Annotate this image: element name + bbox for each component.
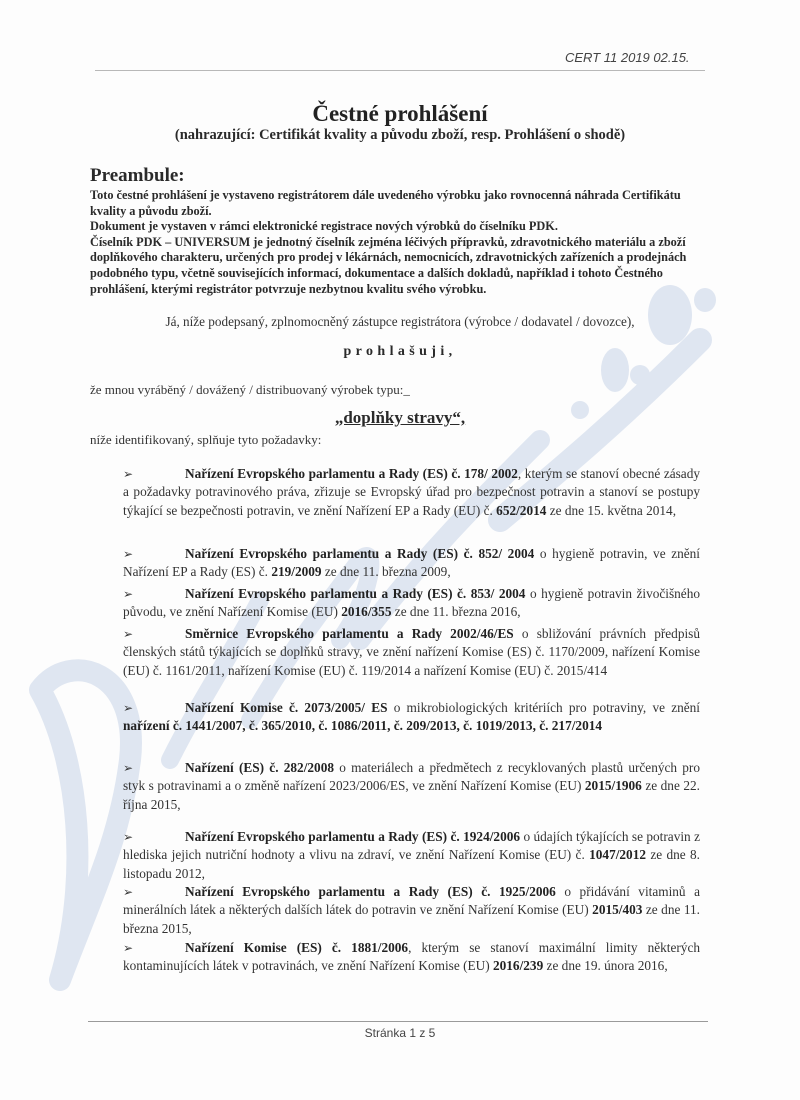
preamble-heading: Preambule:: [90, 165, 185, 187]
requirement-item: ➢Nařízení Evropského parlamentu a Rady (…: [123, 545, 700, 582]
document-title: Čestné prohlášení: [0, 101, 800, 127]
product-type: „doplňky stravy“,: [0, 408, 800, 428]
document-subtitle: (nahrazující: Certifikát kvality a původ…: [0, 127, 800, 144]
regulation-reference: Směrnice Evropského parlamentu a Rady 20…: [185, 626, 514, 641]
requirement-text: ze dne 11. března 2009,: [322, 564, 451, 579]
arrowhead-bullet-icon: ➢: [123, 585, 185, 603]
declare-word: prohlašuji,: [0, 344, 800, 360]
requirement-item: ➢Směrnice Evropského parlamentu a Rady 2…: [123, 625, 700, 680]
footer-divider: [88, 1021, 708, 1022]
arrowhead-bullet-icon: ➢: [123, 883, 185, 901]
regulation-reference: 652/2014: [496, 503, 546, 518]
page-number: Stránka 1 z 5: [0, 1026, 800, 1040]
regulation-reference: 219/2009: [271, 564, 321, 579]
arrowhead-bullet-icon: ➢: [123, 939, 185, 957]
arrowhead-bullet-icon: ➢: [123, 828, 185, 846]
regulation-reference: 2016/239: [493, 958, 543, 973]
regulation-reference: 2015/1906: [585, 778, 642, 793]
arrowhead-bullet-icon: ➢: [123, 699, 185, 717]
preamble-paragraph: Toto čestné prohlášení je vystaveno regi…: [90, 188, 715, 219]
requirement-item: ➢Nařízení Evropského parlamentu a Rady (…: [123, 465, 700, 520]
regulation-reference: Nařízení Evropského parlamentu a Rady (E…: [185, 466, 518, 481]
arrowhead-bullet-icon: ➢: [123, 625, 185, 643]
regulation-reference: Nařízení (ES) č. 282/2008: [185, 760, 334, 775]
regulation-reference: 1047/2012: [589, 847, 646, 862]
preamble-text: Toto čestné prohlášení je vystaveno regi…: [90, 188, 715, 297]
regulation-reference: Nařízení Evropského parlamentu a Rady (E…: [185, 884, 556, 899]
regulation-reference: Nařízení Komise (ES) č. 1881/2006: [185, 940, 408, 955]
arrowhead-bullet-icon: ➢: [123, 545, 185, 563]
declarant-statement: Já, níže podepsaný, zplnomocněný zástupc…: [0, 314, 800, 330]
header-divider: [95, 70, 705, 71]
product-line: že mnou vyráběný / dovážený / distribuov…: [90, 382, 410, 398]
preamble-paragraph: Číselník PDK – UNIVERSUM je jednotný čís…: [90, 235, 715, 297]
requirement-item: ➢Nařízení Komise (ES) č. 1881/2006, kter…: [123, 939, 700, 976]
requirement-text: ze dne 19. února 2016,: [543, 958, 667, 973]
regulation-reference: 2015/403: [592, 902, 642, 917]
requirement-text: o mikrobiologických kritériích pro potra…: [387, 700, 700, 715]
arrowhead-bullet-icon: ➢: [123, 759, 185, 777]
requirement-item: ➢Nařízení (ES) č. 282/2008 o materiálech…: [123, 759, 700, 814]
document-code: CERT 11 2019 02.15.: [565, 50, 690, 65]
requirement-text: ze dne 15. května 2014,: [546, 503, 676, 518]
regulation-reference: Nařízení Evropského parlamentu a Rady (E…: [185, 586, 525, 601]
regulation-reference: Nařízení Komise č. 2073/2005/ ES: [185, 700, 387, 715]
regulation-reference: Nařízení Evropského parlamentu a Rady (E…: [185, 829, 520, 844]
regulation-reference: Nařízení Evropského parlamentu a Rady (E…: [185, 546, 534, 561]
regulation-reference: 2016/355: [341, 604, 391, 619]
preamble-paragraph: Dokument je vystaven v rámci elektronick…: [90, 219, 715, 235]
requirement-item: ➢Nařízení Evropského parlamentu a Rady (…: [123, 883, 700, 938]
requirement-text: ze dne 11. března 2016,: [391, 604, 520, 619]
arrowhead-bullet-icon: ➢: [123, 465, 185, 483]
requirement-item: ➢Nařízení Evropského parlamentu a Rady (…: [123, 585, 700, 622]
regulation-reference: nařízení č. 1441/2007, č. 365/2010, č. 1…: [123, 718, 602, 733]
document-page: CERT 11 2019 02.15. Čestné prohlášení (n…: [0, 0, 800, 1100]
requirement-item: ➢Nařízení Evropského parlamentu a Rady (…: [123, 828, 700, 883]
requirements-intro: níže identifikovaný, splňuje tyto požada…: [90, 432, 321, 448]
requirement-item: ➢Nařízení Komise č. 2073/2005/ ES o mikr…: [123, 699, 700, 736]
